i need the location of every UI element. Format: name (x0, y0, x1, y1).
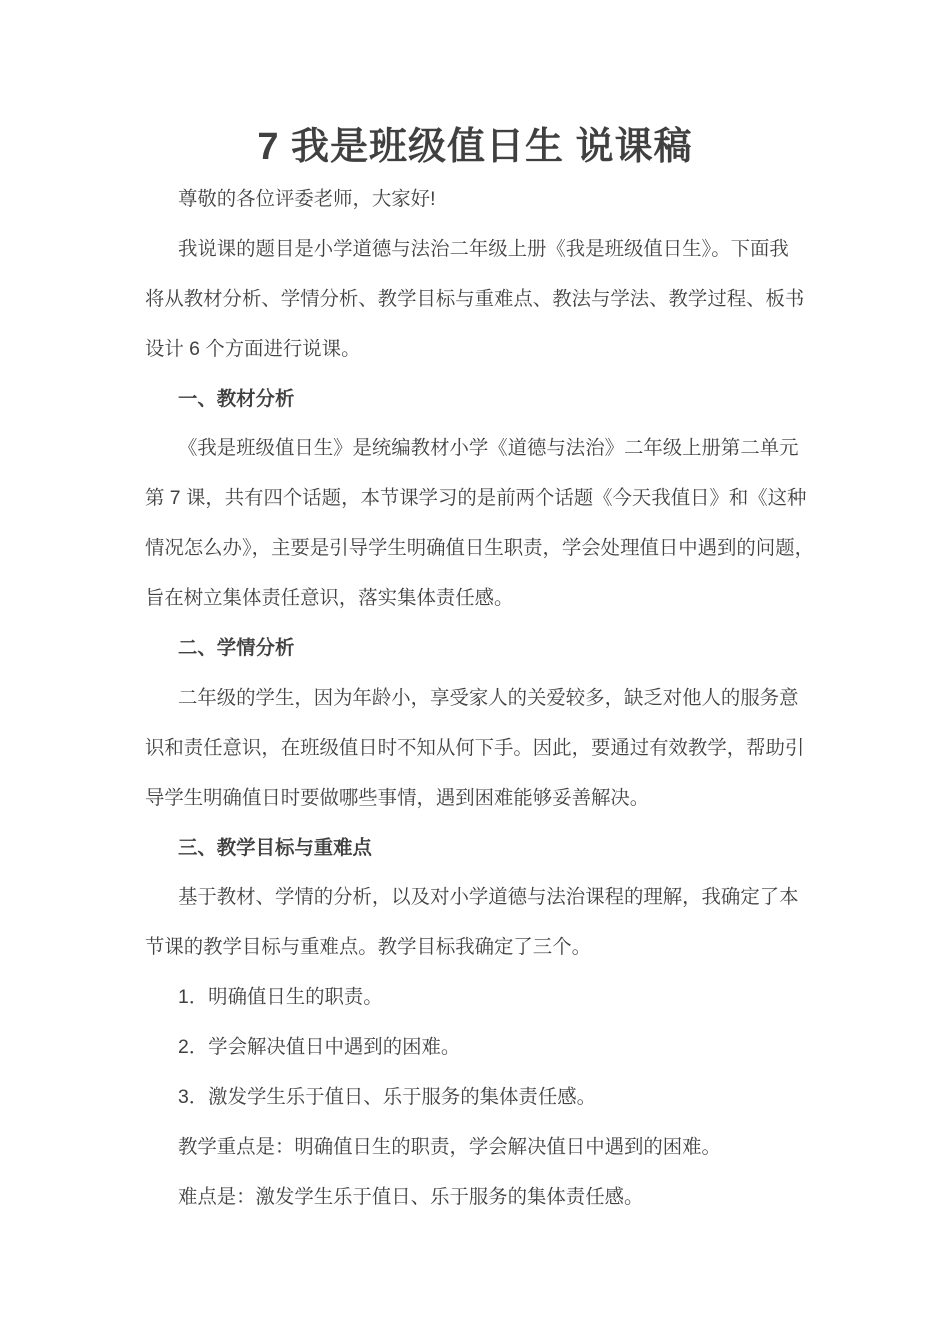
document-title: 7 我是班级值日生 说课稿 (145, 120, 805, 175)
paragraph-line: 《我是班级值日生》是统编教材小学《道德与法治》二年级上册第二单元 (145, 424, 805, 474)
paragraph-line: 二年级的学生，因为年龄小，享受家人的关爱较多，缺乏对他人的服务意 (145, 674, 805, 724)
document-body: 尊敬的各位评委老师，大家好!我说课的题目是小学道德与法治二年级上册《我是班级值日… (145, 175, 805, 1223)
paragraph-line: 将从教材分析、学情分析、教学目标与重难点、教法与学法、教学过程、板书 (145, 275, 805, 325)
paragraph-line: 基于教材、学情的分析，以及对小学道德与法治课程的理解，我确定了本 (145, 873, 805, 923)
paragraph-line: 设计 6 个方面进行说课。 (145, 325, 805, 375)
paragraph-line: 我说课的题目是小学道德与法治二年级上册《我是班级值日生》。下面我 (145, 225, 805, 275)
section-heading: 三、教学目标与重难点 (145, 824, 805, 874)
paragraph-line: 尊敬的各位评委老师，大家好! (145, 175, 805, 225)
paragraph-line: 导学生明确值日时要做哪些事情，遇到困难能够妥善解决。 (145, 774, 805, 824)
paragraph-line: 1．明确值日生的职责。 (145, 973, 805, 1023)
section-heading: 二、学情分析 (145, 624, 805, 674)
paragraph-line: 情况怎么办》，主要是引导学生明确值日生职责，学会处理值日中遇到的问题， (145, 524, 805, 574)
paragraph-line: 教学重点是：明确值日生的职责，学会解决值日中遇到的困难。 (145, 1123, 805, 1173)
paragraph-line: 3．激发学生乐于值日、乐于服务的集体责任感。 (145, 1073, 805, 1123)
paragraph-line: 节课的教学目标与重难点。教学目标我确定了三个。 (145, 923, 805, 973)
paragraph-line: 难点是：激发学生乐于值日、乐于服务的集体责任感。 (145, 1173, 805, 1223)
paragraph-line: 旨在树立集体责任意识，落实集体责任感。 (145, 574, 805, 624)
section-heading: 一、教材分析 (145, 375, 805, 425)
paragraph-line: 第 7 课，共有四个话题，本节课学习的是前两个话题《今天我值日》和《这种 (145, 474, 805, 524)
paragraph-line: 识和责任意识，在班级值日时不知从何下手。因此，要通过有效教学，帮助引 (145, 724, 805, 774)
paragraph-line: 2．学会解决值日中遇到的困难。 (145, 1023, 805, 1073)
document-page: 7 我是班级值日生 说课稿 尊敬的各位评委老师，大家好!我说课的题目是小学道德与… (0, 0, 950, 1344)
